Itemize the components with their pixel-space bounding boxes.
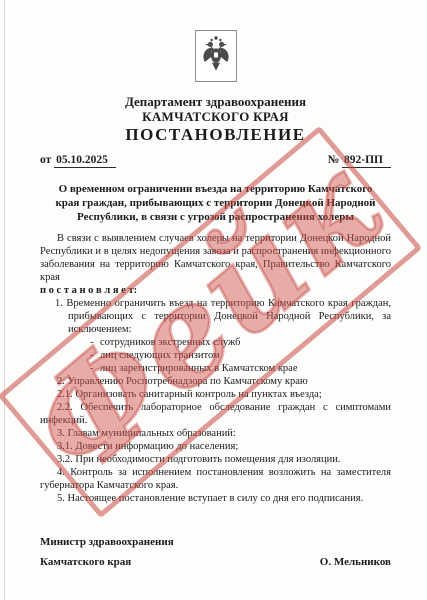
document-page: Департамент здравоохранения КАМЧАТСКОГО … [0,0,427,600]
item-3: 3. Главам муниципальных образований: [40,427,391,440]
signatory-role-line2: Камчатского края [40,552,174,572]
bullet-dash: - [90,336,100,349]
item-1-text: Временно ограничить въезд на территорию … [66,298,391,335]
number-value: 892-ПП [342,154,391,168]
bullet-text: лиц зарегистрированных в Камчатском крае [100,363,298,374]
preamble-paragraph: В связи с выявлением случаев холеры на т… [40,232,391,284]
date-prefix: от [40,154,51,166]
org-name-line2: КАМЧАТСКОГО КРАЯ [40,109,391,125]
bullet-dash: - [90,362,100,375]
item-1-bullet-3: -лиц зарегистрированных в Камчатском кра… [40,362,391,375]
bullet-dash: - [90,349,100,362]
item-3-1: 3.1. Довести информацию до населения; [40,440,391,453]
bullet-text: лиц следующих транзитом [100,350,220,361]
org-name-line1: Департамент здравоохранения [40,94,391,109]
date-group: от 05.10.2025 [40,154,116,166]
item-2-2: 2.2. Обеспечить лабораторное обследовани… [40,401,391,427]
coat-of-arms-box [195,30,237,82]
document-type-heading: ПОСТАНОВЛЕНИЕ [40,125,391,145]
document-title: О временном ограничении въезда на террит… [51,182,381,224]
item-1-bullet-2: -лиц следующих транзитом [40,349,391,362]
document-body: В связи с выявлением случаев холеры на т… [40,232,391,505]
signature-block: Министр здравоохранения Камчатского края… [40,532,391,572]
item-2-1: 2.1. Организовать санитарный контроль на… [40,388,391,401]
number-group: № 892-ПП [328,154,391,166]
item-1-number: 1. [55,298,63,309]
emblem-area [40,30,391,82]
double-headed-eagle-icon [200,34,232,74]
item-3-2: 3.2. При необходимости подготовить помещ… [40,453,391,466]
document-content: Департамент здравоохранения КАМЧАТСКОГО … [0,0,427,572]
date-number-row: от 05.10.2025 № 892-ПП [40,154,391,166]
item-1: 1. Временно ограничить въезд на территор… [40,297,391,336]
signatory-role-line1: Министр здравоохранения [40,532,174,552]
signatory-role: Министр здравоохранения Камчатского края [40,532,174,572]
item-4: 4. Контроль за исполнением постановления… [40,466,391,492]
signatory-name: О. Мельников [320,552,391,572]
item-1-bullet-1: -сотрудников экстренных служб [40,336,391,349]
item-5: 5. Настоящее постановление вступает в си… [40,492,391,505]
date-value: 05.10.2025 [54,154,116,168]
bullet-text: сотрудников экстренных служб [100,337,240,348]
item-2: 2. Управлению Роспотребнадзора по Камчат… [40,375,391,388]
number-prefix: № [328,154,340,166]
resolves-line: п о с т а н о в л я е т: [40,284,391,297]
